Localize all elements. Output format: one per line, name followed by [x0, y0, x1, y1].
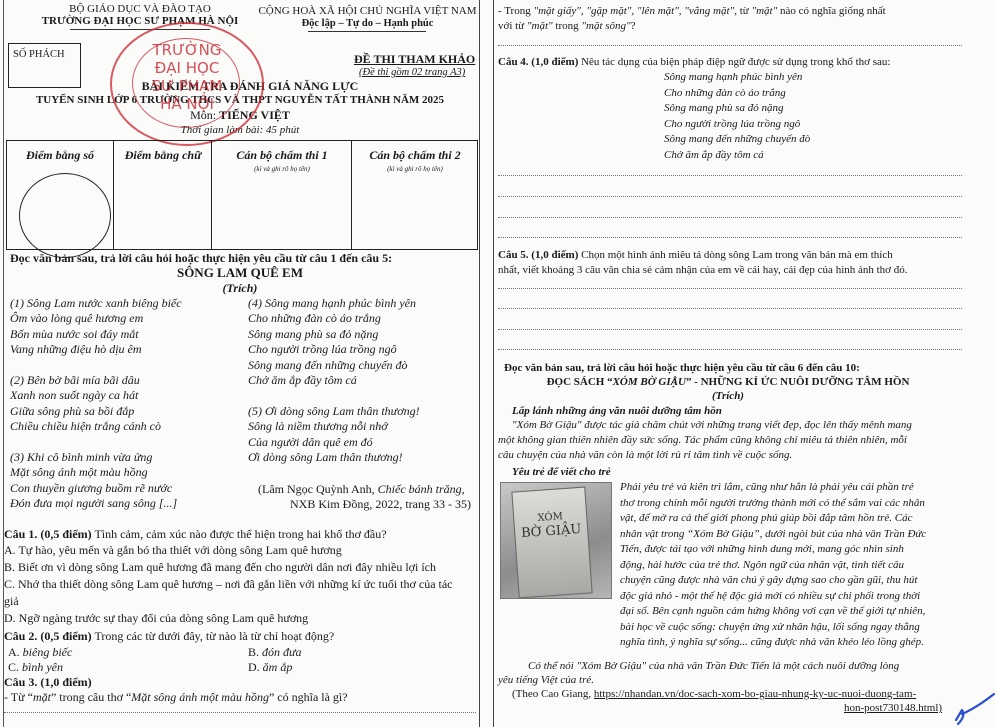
paragraph-line: Phải yêu trẻ và kiên trì lắm, cũng như h… [620, 481, 914, 493]
poem-line: (4) Sông mang hạnh phúc bình yên [248, 296, 416, 311]
poem-line: Cho những đàn cò áo trắng [664, 87, 786, 99]
examiner1-note: (kí và ghi rõ họ tên) [212, 165, 352, 173]
pen-checkmark-icon [952, 690, 996, 726]
poem-line: Sông mang phù sa đỏ nặng [664, 102, 783, 114]
poem-line: Cho những đàn cò áo trắng [248, 311, 381, 326]
motto-underline [308, 31, 426, 32]
score-words-header: Điểm bằng chữ [114, 148, 212, 163]
examiner2-header: Cán bộ chấm thi 2 [352, 148, 478, 163]
score-circle[interactable] [19, 173, 111, 258]
stamp-line: ĐẠI HỌC [112, 60, 262, 77]
answer-line[interactable] [498, 349, 962, 350]
stamp-line: TRƯỜNG [112, 42, 262, 59]
part2-paragraph3-line2: yêu tiếng Việt của trẻ. [498, 674, 594, 686]
poem-line: Cho người trồng lúa trồng ngô [664, 118, 800, 130]
q1-option[interactable]: D. Ngỡ ngàng trước sự thay đổi của dòng … [4, 611, 308, 626]
answer-line[interactable] [4, 712, 476, 713]
poem-source-line1: (Lâm Ngọc Quỳnh Anh, Chiếc bánh trăng, [258, 482, 465, 497]
poem-title: SÔNG LAM QUÊ EM [0, 265, 480, 281]
question-5-line2: nhất, viết khoảng 3 câu văn chia sẻ cảm … [498, 264, 908, 276]
part2-heading2: Yêu trẻ để viết cho trẻ [512, 466, 611, 478]
poem-line: Sông mang phù sa đỏ nặng [248, 327, 378, 342]
q2-option-d[interactable]: D. ăm ắp [248, 660, 292, 675]
part2-excerpt: (Trích) [493, 390, 963, 402]
paragraph-line: chuyện cũng được nhà văn chú ý gây dựng … [620, 574, 917, 586]
poem-line: Đón đưa mọi người sang sông [...] [10, 496, 177, 511]
question-3-label: Câu 3. (1,0 điểm) [4, 675, 92, 690]
q1-option[interactable]: A. Tự hào, yêu mến và gắn bó tha thiết v… [4, 543, 342, 558]
score-number-header: Điểm bằng số [7, 148, 113, 163]
poem-line: Chiều chiều hiện trắng cánh cò [10, 419, 161, 434]
poem-line: (5) Ơi dòng sông Lam thân thương! [248, 404, 420, 419]
paragraph-line: thơ trong chính mỗi người trưởng thành m… [620, 497, 925, 509]
nation-name: CỘNG HOÀ XÃ HỘI CHỦ NGHĨA VIỆT NAM [255, 5, 480, 17]
question-5: Câu 5. (1,0 điểm) Chọn một hình ảnh miêu… [498, 249, 893, 261]
q2-option-a[interactable]: A. biêng biếc [8, 645, 72, 660]
poem-line: Xanh non suốt ngày ca hát [10, 388, 138, 403]
poem-line: Sông là niềm thương nỗi nhớ [248, 419, 388, 434]
part1-instruction: Đọc văn bản sau, trả lời câu hỏi hoặc th… [10, 251, 392, 266]
paragraph-line: động, hài hước của trẻ thơ. Ngôn ngữ của… [620, 559, 904, 571]
answer-line[interactable] [498, 217, 962, 218]
motto: Độc lập – Tự do – Hạnh phúc [255, 18, 480, 29]
so-phach-label: SỐ PHÁCH [13, 49, 65, 60]
answer-line[interactable] [498, 288, 962, 289]
paragraph-line: nhân vật trong “Xóm Bờ Giậu”, dưới ngòi … [620, 528, 926, 540]
stamp-line: SƯ PHẠM [112, 78, 262, 95]
examiner1-header: Cán bộ chấm thi 1 [212, 148, 352, 163]
poem-excerpt: (Trích) [0, 281, 480, 296]
poem-line: Bốn mùa nước soi đáy mắt [10, 327, 139, 342]
poem-source-line2: NXB Kim Đồng, 2022, trang 33 - 35) [290, 497, 471, 512]
paragraph-line: đại số. Bên cạnh nguồn cảm hứng không vơ… [620, 605, 925, 617]
paragraph-line: bài học về cuộc sống: chuyện ứng xử nhân… [620, 621, 920, 633]
poem-line: (1) Sông Lam nước xanh biêng biếc [10, 296, 182, 311]
paragraph-line: một không gian thiên nhiên đầy sức sống.… [498, 434, 907, 446]
part2-paragraph3-line1: Có thể nói "Xóm Bờ Giậu" của nhà văn Trầ… [528, 660, 899, 672]
poem-line: Sông mang đến những chuyến đò [664, 133, 810, 145]
source-link-continued[interactable]: hon-post730148.html) [844, 702, 942, 714]
book-cover: XÓM BỜ GIẬU [511, 487, 592, 599]
paragraph-line: câu chuyện của nhà văn còn là một lời rủ… [498, 449, 792, 461]
exam-pages: (Đề thi gồm 02 trang A3) [359, 67, 465, 78]
question-1: Câu 1. (0,5 điểm) Tình cảm, cảm xúc nào … [4, 527, 387, 542]
school-stamp: TRƯỜNG ĐẠI HỌC SƯ PHẠM HÀ NỘI [110, 22, 264, 146]
poem-line: Giữa sông phù sa bồi đắp [10, 404, 134, 419]
part2-source: (Theo Cao Giang, https://nhandan.vn/doc-… [512, 688, 916, 700]
poem-line: Chở ăm ắp đầy tôm cá [664, 149, 764, 161]
question-4: Câu 4. (1,0 điểm) Nêu tác dụng của biện … [498, 56, 890, 68]
q2-option-c[interactable]: C. bình yên [8, 660, 63, 675]
part2-heading1: Lấp lánh những áng văn nuôi dưỡng tâm hồ… [512, 405, 722, 417]
poem-line: (3) Khi cô bình minh vừa ửng [10, 450, 152, 465]
column-divider [479, 0, 480, 727]
score-table: Điểm bằng số Điểm bằng chữ Cán bộ chấm t… [6, 140, 478, 250]
paragraph-line: độc giả nhỏ - một thế hệ độc giả mới có … [620, 590, 920, 602]
q2-option-b[interactable]: B. đón đưa [248, 645, 302, 660]
column-divider [493, 0, 494, 727]
poem-line: Của người dân quê em đó [248, 435, 373, 450]
poem-line: (2) Bên bờ bãi mía bãi dâu [10, 373, 140, 388]
school-name: TRƯỜNG ĐẠI HỌC SƯ PHẠM HÀ NỘI [20, 15, 260, 27]
exam-type: ĐỀ THI THAM KHẢO [354, 52, 475, 67]
answer-line[interactable] [498, 175, 962, 176]
ministry-name: BỘ GIÁO DỤC VÀ ĐÀO TẠO [40, 3, 240, 15]
question-3-part1: - Từ “mặt” trong câu thơ “Mặt sông ánh m… [4, 690, 348, 705]
poem-line: Chở ăm ắp đầy tôm cá [248, 373, 357, 388]
paragraph-line: nghĩa tình, ý nghĩa sự sống... cũng được… [620, 636, 924, 648]
poem-line: Cho người trồng lúa trồng ngô [248, 342, 397, 357]
source-link[interactable]: https://nhandan.vn/doc-sach-xom-bo-giau-… [594, 688, 916, 700]
examiner1-column[interactable]: Cán bộ chấm thi 1 (kí và ghi rõ họ tên) [211, 141, 352, 249]
score-words-column[interactable]: Điểm bằng chữ [113, 141, 212, 249]
poem-line: Mặt sông ánh một màu hồng [10, 465, 148, 480]
answer-line[interactable] [498, 329, 962, 330]
poem-line: Con thuyền giương buồm rẽ nước [10, 481, 172, 496]
examiner2-note: (kí và ghi rõ họ tên) [352, 165, 478, 173]
stamp-line: HÀ NỘI [112, 96, 262, 113]
book-cover-image: XÓM BỜ GIẬU [500, 482, 612, 599]
q1-option[interactable]: giả [4, 594, 19, 609]
q1-option[interactable]: C. Nhớ tha thiết dòng sông Lam quê hương… [4, 577, 453, 592]
paragraph-line: "Xóm Bờ Giậu" được tác giả chăm chút với… [512, 419, 912, 431]
poem-line: Ôm vào lòng quê hương em [10, 311, 143, 326]
part2-title: ĐỌC SÁCH “XÓM BỜ GIẬU” - NHỮNG KÍ ỨC NUÔ… [493, 376, 963, 388]
poem-line: Ơi dòng sông Lam thân thương! [248, 450, 403, 465]
paragraph-line: Tiến, được tái tạo với những hình dung m… [620, 543, 904, 555]
examiner2-column[interactable]: Cán bộ chấm thi 2 (kí và ghi rõ họ tên) [351, 141, 478, 249]
poem-line: Sông mang hạnh phúc bình yên [664, 71, 802, 83]
poem-line: Vang những điệu hò dịu êm [10, 342, 142, 357]
answer-line[interactable] [498, 308, 962, 309]
answer-line[interactable] [498, 196, 962, 197]
paragraph-line: vật, để mở ra cả thế giới phong phú giúp… [620, 512, 913, 524]
question-2: Câu 2. (0,5 điểm) Trong các từ dưới đây,… [4, 629, 334, 644]
question-3-part2: - Trong "mặt giấy", "gặp mặt", "lên mặt"… [498, 5, 886, 17]
part2-instruction: Đọc văn bản sau, trả lời câu hỏi hoặc th… [504, 362, 860, 374]
q1-option[interactable]: B. Biết ơn vì dòng sông Lam quê hương đã… [4, 560, 436, 575]
answer-line[interactable] [498, 237, 962, 238]
poem-line: Sông mang đến những chuyến đò [248, 358, 408, 373]
question-3-part2-line2: với từ "mặt" trong "mặt sông"? [498, 20, 636, 32]
answer-line[interactable] [498, 45, 962, 46]
